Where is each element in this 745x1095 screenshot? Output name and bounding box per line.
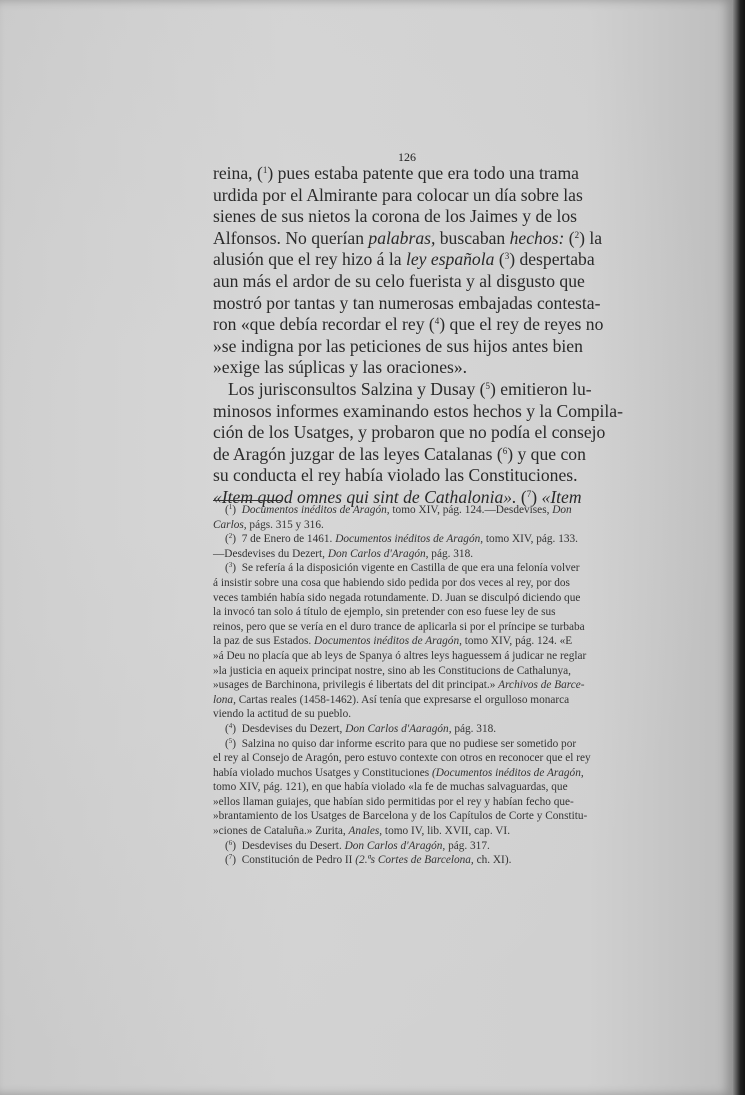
text-line: alusión que el rey hizo á la ley español…: [213, 249, 553, 271]
footnote-mark: (2): [225, 533, 242, 545]
footnote-mark: (7): [225, 854, 242, 866]
footnote-line: »usages de Barchinona, privilegis é libe…: [213, 678, 555, 693]
paragraph-2: Los jurisconsultos Salzina y Dusay (5) e…: [213, 379, 553, 509]
text-line: urdida por el Almirante para colocar un …: [213, 185, 553, 207]
footnote-mark: (4): [225, 723, 242, 735]
footnote-line: »brantamiento de los Usatges de Barcelon…: [213, 809, 555, 824]
footnote-4: (4) Desdevises du Dezert, Don Carlos d'A…: [213, 722, 555, 737]
footnote-line: (4) Desdevises du Dezert, Don Carlos d'A…: [213, 722, 555, 737]
footnote-line: la invocó tan solo á título de ejemplo, …: [213, 605, 555, 620]
text-line: su conducta el rey había violado las Con…: [213, 465, 553, 487]
footnote-line: »ellos llaman guiajes, que habían sido p…: [213, 795, 555, 810]
footnote-line: veces también había sido negada rotundam…: [213, 591, 555, 606]
text-line: minosos informes examinando estos hechos…: [213, 401, 553, 423]
footnote-line: (5) Salzina no quiso dar informe escrito…: [213, 737, 555, 752]
footnote-line: viendo la actitud de su pueblo.: [213, 707, 555, 722]
footnote-line: reinos, pero que se vería en el duro tra…: [213, 620, 555, 635]
footnote-line: —Desdevises du Dezert, Don Carlos d'Arag…: [213, 547, 555, 562]
book-page: 126 reina, (1) pues estaba patente que e…: [0, 0, 733, 1095]
text-line: Los jurisconsultos Salzina y Dusay (5) e…: [213, 379, 553, 401]
footnote-line: Carlos, págs. 315 y 316.: [213, 518, 555, 533]
footnote-mark: (5): [225, 738, 242, 750]
footnote-line: lona, Cartas reales (1458-1462). Así ten…: [213, 693, 555, 708]
footnote-3: (3) Se refería á la disposición vigente …: [213, 561, 555, 722]
footnote-line: (7) Constitución de Pedro II (2.ªs Corte…: [213, 853, 555, 868]
text-line: »exige las súplicas y las oraciones».: [213, 357, 553, 379]
footnote-line: tomo XIV, pág. 121), en que había violad…: [213, 780, 555, 795]
footnote-line: había violado muchos Usatges y Constituc…: [213, 766, 555, 781]
text-line: sienes de sus nietos la corona de los Ja…: [213, 206, 553, 228]
footnote-mark: (3): [225, 562, 242, 574]
paragraph-1: reina, (1) pues estaba patente que era t…: [213, 163, 553, 379]
footnote-line: (3) Se refería á la disposición vigente …: [213, 561, 555, 576]
footnote-mark: (1): [225, 504, 242, 516]
text-line: reina, (1) pues estaba patente que era t…: [213, 163, 553, 185]
book-spine-edge: [733, 0, 745, 1095]
footnote-7: (7) Constitución de Pedro II (2.ªs Corte…: [213, 853, 555, 868]
footnote-5: (5) Salzina no quiso dar informe escrito…: [213, 737, 555, 839]
text-line: aun más el ardor de su celo fuerista y a…: [213, 271, 553, 293]
text-line: Alfonsos. No querían palabras, buscaban …: [213, 228, 553, 250]
footnote-line: (6) Desdevises du Desert. Don Carlos d'A…: [213, 839, 555, 854]
text-line: ron «que debía recordar el rey (4) que e…: [213, 314, 553, 336]
footnote-line: la paz de sus Estados. Documentos inédit…: [213, 634, 555, 649]
footnote-2: (2) 7 de Enero de 1461. Documentos inédi…: [213, 532, 555, 561]
footnote-line: »ciones de Cataluña.» Zurita, Anales, to…: [213, 824, 555, 839]
footnote-line: »la justicia en aqueix principat nostre,…: [213, 664, 555, 679]
text-line: »se indigna por las peticiones de sus hi…: [213, 336, 553, 358]
text-line: ción de los Usatges, y probaron que no p…: [213, 422, 553, 444]
footnote-line: (2) 7 de Enero de 1461. Documentos inédi…: [213, 532, 555, 547]
text-line: mostró por tantas y tan numerosas embaja…: [213, 293, 553, 315]
footnote-1: (1) Documentos inéditos de Aragón, tomo …: [213, 503, 555, 532]
main-text: reina, (1) pues estaba patente que era t…: [213, 163, 553, 509]
footnote-line: el rey al Consejo de Aragón, pero estuvo…: [213, 751, 555, 766]
footnote-separator: [213, 500, 281, 501]
footnote-line: »á Deu no placía que ab leys de Spanya ó…: [213, 649, 555, 664]
footnote-line: (1) Documentos inéditos de Aragón, tomo …: [213, 503, 555, 518]
footnote-6: (6) Desdevises du Desert. Don Carlos d'A…: [213, 839, 555, 854]
footnotes: (1) Documentos inéditos de Aragón, tomo …: [213, 503, 555, 868]
footnote-mark: (6): [225, 840, 242, 852]
text-line: de Aragón juzgar de las leyes Catalanas …: [213, 444, 553, 466]
footnote-line: á insistir sobre una cosa que habiendo s…: [213, 576, 555, 591]
